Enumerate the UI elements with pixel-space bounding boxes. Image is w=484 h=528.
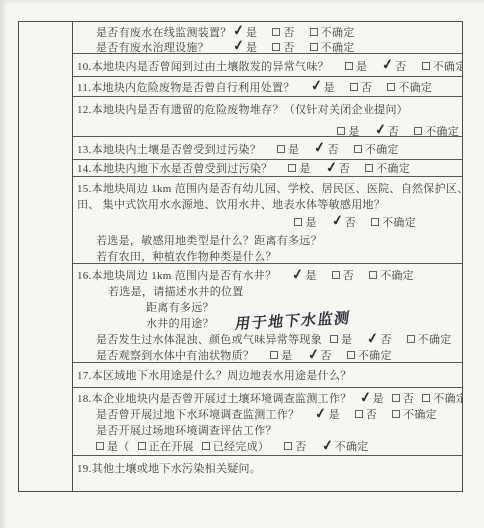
option-label: 已经完成） [213, 438, 270, 454]
checkbox-icon [414, 127, 422, 135]
checkbox-option: ✓不确定 [392, 406, 437, 422]
checkbox-option: ✓不确定 [354, 141, 399, 157]
checkbox-icon [407, 335, 415, 343]
checkbox-icon [347, 351, 355, 359]
checkbox-option: ✓否 [350, 79, 372, 95]
question-line: 是否有废水在线监测装置？ ✓是 ✓否 ✓不确定 [77, 24, 460, 39]
option-label: 否 [366, 406, 377, 422]
sub-question-line: 是否曾开展过地下水环境调查监测工作？ ✓是 ✓否 ✓不确定 [77, 406, 460, 422]
question-text: 是否观察到水体中有油状物质？ [96, 347, 254, 363]
question-line: 19.其他土壤或地下水污染相关疑问。 [77, 460, 460, 476]
option-label: 不确定 [403, 406, 437, 422]
option-label: 否 [295, 438, 306, 454]
question-text: 若选是，请描述水井的位置 [108, 283, 244, 299]
checkbox-icon [369, 271, 377, 279]
checkbox-icon [272, 28, 280, 36]
question-text: 13.本地块内土壤是否曾受到过污染？ [77, 141, 261, 157]
question-text: 是否有废水在线监测装置？ [96, 24, 233, 40]
checkbox-icon [202, 442, 210, 450]
question-line: 10.本地块内是否曾闻到过由土壤散发的异常气味？ ✓是 ✓否 ✓不确定 [77, 58, 460, 74]
question-text: 15.本地块周边 1km 范围内是否有幼儿园、学校、居民区、医院、自然保护区、农 [77, 180, 462, 196]
question-text: 10.本地块内是否曾闻到过由土壤散发的异常气味？ [77, 58, 329, 74]
question-text: 田、 集中式饮用水水源地、饮用水井、地表水体等敏感用地？ [77, 196, 385, 212]
checkbox-icon [371, 218, 379, 226]
check-icon: ✓ [331, 216, 344, 227]
check-icon: ✓ [359, 393, 372, 404]
question-line: 12.本地块内是否有遗留的危险废物堆存？（仅针对关闭企业提问） [77, 101, 460, 117]
checkbox-option: ✓否 [392, 390, 414, 406]
option-label: 否 [395, 58, 406, 74]
form-row-19: 19.其他土壤或地下水污染相关疑问。 [73, 456, 462, 491]
form-row-15: 15.本地块周边 1km 范围内是否有幼儿园、学校、居民区、医院、自然保护区、农… [73, 177, 462, 265]
question-line: 17.本区域地下水用途是什么？周边地表水用途是什么？ [77, 367, 460, 383]
checkbox-option: ✓否 [326, 160, 350, 176]
checkbox-icon [138, 442, 146, 450]
option-label: 是 [373, 390, 384, 406]
checkbox-option: ✓是 [277, 141, 299, 157]
option-label: 不确定 [418, 331, 452, 347]
checkbox-option: ✓不确定 [322, 438, 369, 454]
option-label: 否 [388, 123, 399, 137]
checkbox-option: ✓正在开展 [138, 438, 194, 454]
option-label: 否 [321, 347, 332, 363]
checkbox-option: ✓否 [284, 438, 306, 454]
sub-question-line: 若选是，请描述水井的位置 [77, 283, 460, 299]
question-line: 16.本地块周边 1km 范围内是否有水井？ ✓是 ✓否 ✓不确定 [77, 267, 460, 283]
check-icon: ✓ [232, 41, 245, 52]
option-label: 是 [356, 58, 367, 74]
checkbox-icon [345, 62, 353, 70]
checkbox-icon [337, 127, 345, 135]
option-label: 否 [283, 39, 294, 54]
checkbox-option: ✓不确定 [422, 390, 462, 406]
option-label: 否 [403, 390, 414, 406]
question-text: 若选是，敏感用地类型是什么？距离有多远？ [96, 232, 322, 248]
checkbox-option: ✓是 [330, 331, 352, 347]
checkbox-option: ✓不确定 [422, 58, 462, 74]
question-text: 是否有废水治理设施？ [96, 39, 233, 54]
checkbox-icon [355, 410, 363, 418]
checkbox-option: ✓是（ [96, 438, 130, 454]
checkbox-icon [288, 164, 296, 172]
checkbox-option: ✓不确定 [310, 39, 355, 54]
sub-question-line: 水井的用途？ 用于地下水监测 [77, 315, 460, 331]
checkbox-option: ✓否 [332, 214, 356, 230]
answer-line: ✓是 ✓否 ✓不确定 [77, 214, 460, 230]
checkbox-option: ✓是 [345, 58, 367, 74]
question-text: 16.本地块周边 1km 范围内是否有水井？ [77, 267, 276, 283]
checkbox-option: ✓是 [288, 160, 310, 176]
option-label: 是 [328, 406, 339, 422]
checkbox-option: ✓不确定 [369, 267, 414, 283]
checkbox-icon [387, 83, 395, 91]
check-icon: ✓ [310, 82, 323, 93]
option-label: 不确定 [335, 438, 369, 454]
answer-line: ✓是 ✓否 ✓不确定 [77, 123, 460, 137]
question-line: 18.本企业地块内是否曾开展过土壤环境调查监测工作？ ✓是 ✓否 ✓不确定 [77, 390, 460, 406]
checkbox-option: ✓是 [315, 406, 339, 422]
checkbox-option: ✓不确定 [387, 79, 432, 95]
question-line: 14.本地块内地下水是否曾受到过污染？ ✓是 ✓否 ✓不确定 [77, 161, 460, 176]
checkbox-icon [272, 43, 280, 51]
option-label: 是 [305, 214, 316, 230]
question-text: 18.本企业地块内是否曾开展过土壤环境调查监测工作？ [77, 390, 352, 406]
option-label: 是 [246, 24, 257, 40]
question-text: 12.本地块内是否有遗留的危险废物堆存？（仅针对关闭企业提问） [77, 101, 408, 117]
checkbox-option: ✓不确定 [347, 347, 392, 363]
checkbox-option: ✓不确定 [414, 123, 459, 137]
checkbox-option: ✓是 [360, 390, 384, 406]
question-text: 距离有多远？ [146, 299, 214, 315]
option-label: 是 [299, 160, 310, 176]
option-label: 不确定 [433, 58, 462, 74]
option-label: 是 [288, 141, 299, 157]
form-row-13: 13.本地块内土壤是否曾受到过污染？ ✓是 ✓否 ✓不确定 [73, 137, 462, 160]
checkbox-option: ✓否 [355, 406, 377, 422]
form-row-18: 18.本企业地块内是否曾开展过土壤环境调查监测工作？ ✓是 ✓否 ✓不确定 是否… [73, 388, 462, 456]
form-row-10: 10.本地块内是否曾闻到过由土壤散发的异常气味？ ✓是 ✓否 ✓不确定 [73, 54, 462, 77]
question-text: 水井的用途？ [146, 315, 214, 331]
form-row-14: 14.本地块内地下水是否曾受到过污染？ ✓是 ✓否 ✓不确定 [73, 160, 462, 177]
checkbox-icon [310, 28, 318, 36]
checkbox-icon [332, 271, 340, 279]
option-label: 否 [283, 24, 294, 40]
option-label: 不确定 [382, 214, 416, 230]
checkbox-icon [350, 83, 358, 91]
checkbox-icon [422, 62, 430, 70]
checkbox-icon [270, 351, 278, 359]
checkbox-icon [277, 145, 285, 153]
checkbox-option: ✓否 [314, 141, 338, 157]
option-label: 否 [343, 267, 354, 283]
option-label: 否 [345, 214, 356, 230]
checkbox-option: ✓不确定 [365, 160, 410, 176]
sub-question-line: 是否发生过水体混浊、颜色或气味异常等现象 ✓是 ✓否 ✓不确定 [77, 331, 460, 347]
option-label: 不确定 [365, 141, 399, 157]
check-icon: ✓ [367, 334, 380, 345]
question-text: 14.本地块内地下水是否曾受到过污染？ [77, 160, 272, 176]
option-label: 否 [361, 79, 372, 95]
question-line: 15.本地块周边 1km 范围内是否有幼儿园、学校、居民区、医院、自然保护区、农 [77, 180, 460, 196]
check-icon: ✓ [232, 26, 245, 37]
checkbox-option: ✓否 [272, 39, 294, 54]
option-label: 否 [328, 141, 339, 157]
option-label: 是 [324, 79, 335, 95]
checkbox-option: ✓是 [311, 79, 335, 95]
sub-question-line: 若有农田，种植农作物种类是什么？ [77, 248, 460, 264]
checkbox-option: ✓是 [233, 39, 257, 54]
form-row-17: 17.本区域地下水用途是什么？周边地表水用途是什么？ [73, 363, 462, 388]
question-text: 是否开展过场地环境调查评估工作？ [96, 422, 277, 438]
check-icon: ✓ [292, 270, 305, 281]
option-label: 不确定 [425, 123, 459, 137]
checkbox-icon [392, 410, 400, 418]
option-label: 不确定 [433, 390, 462, 406]
check-icon: ✓ [382, 61, 395, 72]
table-main-column: 是否有废水在线监测装置？ ✓是 ✓否 ✓不确定 是否有废水治理设施？ ✓是 ✓否… [73, 22, 462, 491]
option-label: 是 [341, 331, 352, 347]
checkbox-icon [392, 394, 400, 402]
option-label: 否 [380, 331, 391, 347]
checkbox-icon [330, 335, 338, 343]
form-row-16: 16.本地块周边 1km 范围内是否有水井？ ✓是 ✓否 ✓不确定 若选是，请描… [73, 264, 462, 363]
question-line: 11.本地块内危险废物是否曾自行利用处置？ ✓是 ✓否 ✓不确定 [77, 79, 460, 95]
checkbox-option: ✓是 [337, 123, 359, 137]
form-row-12: 12.本地块内是否有遗留的危险废物堆存？（仅针对关闭企业提问） ✓是 ✓否 ✓不… [73, 97, 462, 137]
checkbox-option: ✓否 [332, 267, 354, 283]
checkbox-option: ✓否 [367, 331, 391, 347]
checkbox-option: ✓否 [272, 24, 294, 40]
checkbox-icon [310, 43, 318, 51]
sub-question-line: 若选是，敏感用地类型是什么？距离有多远？ [77, 232, 460, 248]
option-label: 是 [348, 123, 359, 137]
form-row-9-cont: 是否有废水在线监测装置？ ✓是 ✓否 ✓不确定 是否有废水治理设施？ ✓是 ✓否… [73, 22, 462, 54]
checkbox-icon [422, 394, 430, 402]
check-icon: ✓ [307, 350, 320, 361]
check-icon: ✓ [374, 126, 387, 137]
question-text: 17.本区域地下水用途是什么？周边地表水用途是什么？ [77, 367, 352, 383]
option-label: 否 [339, 160, 350, 176]
question-text: 11.本地块内危险废物是否曾自行利用处置？ [77, 79, 295, 95]
form-row-11: 11.本地块内危险废物是否曾自行利用处置？ ✓是 ✓否 ✓不确定 [73, 77, 462, 97]
table-left-column [19, 22, 73, 491]
check-icon: ✓ [325, 163, 338, 174]
option-label: 不确定 [398, 79, 432, 95]
question-line: 田、 集中式饮用水水源地、饮用水井、地表水体等敏感用地？ [77, 196, 460, 212]
question-text: 是否曾开展过地下水环境调查监测工作？ [96, 406, 299, 422]
checkbox-option: ✓否 [382, 58, 406, 74]
option-label: 是 [305, 267, 316, 283]
check-icon: ✓ [315, 409, 328, 420]
checkbox-option: ✓是 [292, 267, 316, 283]
checkbox-icon [284, 442, 292, 450]
check-icon: ✓ [314, 143, 327, 154]
question-text: 是否发生过水体混浊、颜色或气味异常等现象 [96, 331, 322, 347]
checkbox-option: ✓不确定 [371, 214, 416, 230]
checkbox-icon [294, 218, 302, 226]
question-text: 若有农田，种植农作物种类是什么？ [96, 248, 277, 264]
option-label: 不确定 [321, 24, 355, 40]
sub-question-line: 是否开展过场地环境调查评估工作？ [77, 422, 460, 438]
checkbox-option: ✓是 [233, 24, 257, 40]
option-label: 不确定 [380, 267, 414, 283]
checkbox-option: ✓不确定 [407, 331, 452, 347]
checkbox-option: ✓不确定 [310, 24, 355, 40]
answer-line: ✓是（ ✓正在开展 ✓已经完成） ✓否 ✓不确定 [77, 438, 460, 454]
checkbox-option: ✓是 [270, 347, 292, 363]
question-line: 13.本地块内土壤是否曾受到过污染？ ✓是 ✓否 ✓不确定 [77, 141, 460, 157]
question-text: 19.其他土壤或地下水污染相关疑问。 [77, 460, 261, 476]
option-label: 是（ [107, 438, 130, 454]
checkbox-icon [96, 442, 104, 450]
checkbox-option: ✓否 [375, 123, 399, 137]
option-label: 是 [281, 347, 292, 363]
checkbox-icon [365, 164, 373, 172]
questionnaire-table: 是否有废水在线监测装置？ ✓是 ✓否 ✓不确定 是否有废水治理设施？ ✓是 ✓否… [18, 21, 463, 492]
option-label: 不确定 [358, 347, 392, 363]
checkbox-option: ✓否 [308, 347, 332, 363]
question-line: 是否有废水治理设施？ ✓是 ✓否 ✓不确定 [77, 39, 460, 54]
scanned-page: 是否有废水在线监测装置？ ✓是 ✓否 ✓不确定 是否有废水治理设施？ ✓是 ✓否… [0, 0, 484, 528]
option-label: 正在开展 [149, 438, 194, 454]
option-label: 是 [246, 39, 257, 54]
checkbox-option: ✓已经完成） [202, 438, 270, 454]
checkbox-icon [354, 145, 362, 153]
checkbox-option: ✓是 [294, 214, 316, 230]
option-label: 不确定 [321, 39, 355, 54]
sub-question-line: 是否观察到水体中有油状物质？ ✓是 ✓否 ✓不确定 [77, 347, 460, 363]
check-icon: ✓ [321, 441, 334, 452]
option-label: 不确定 [376, 160, 410, 176]
